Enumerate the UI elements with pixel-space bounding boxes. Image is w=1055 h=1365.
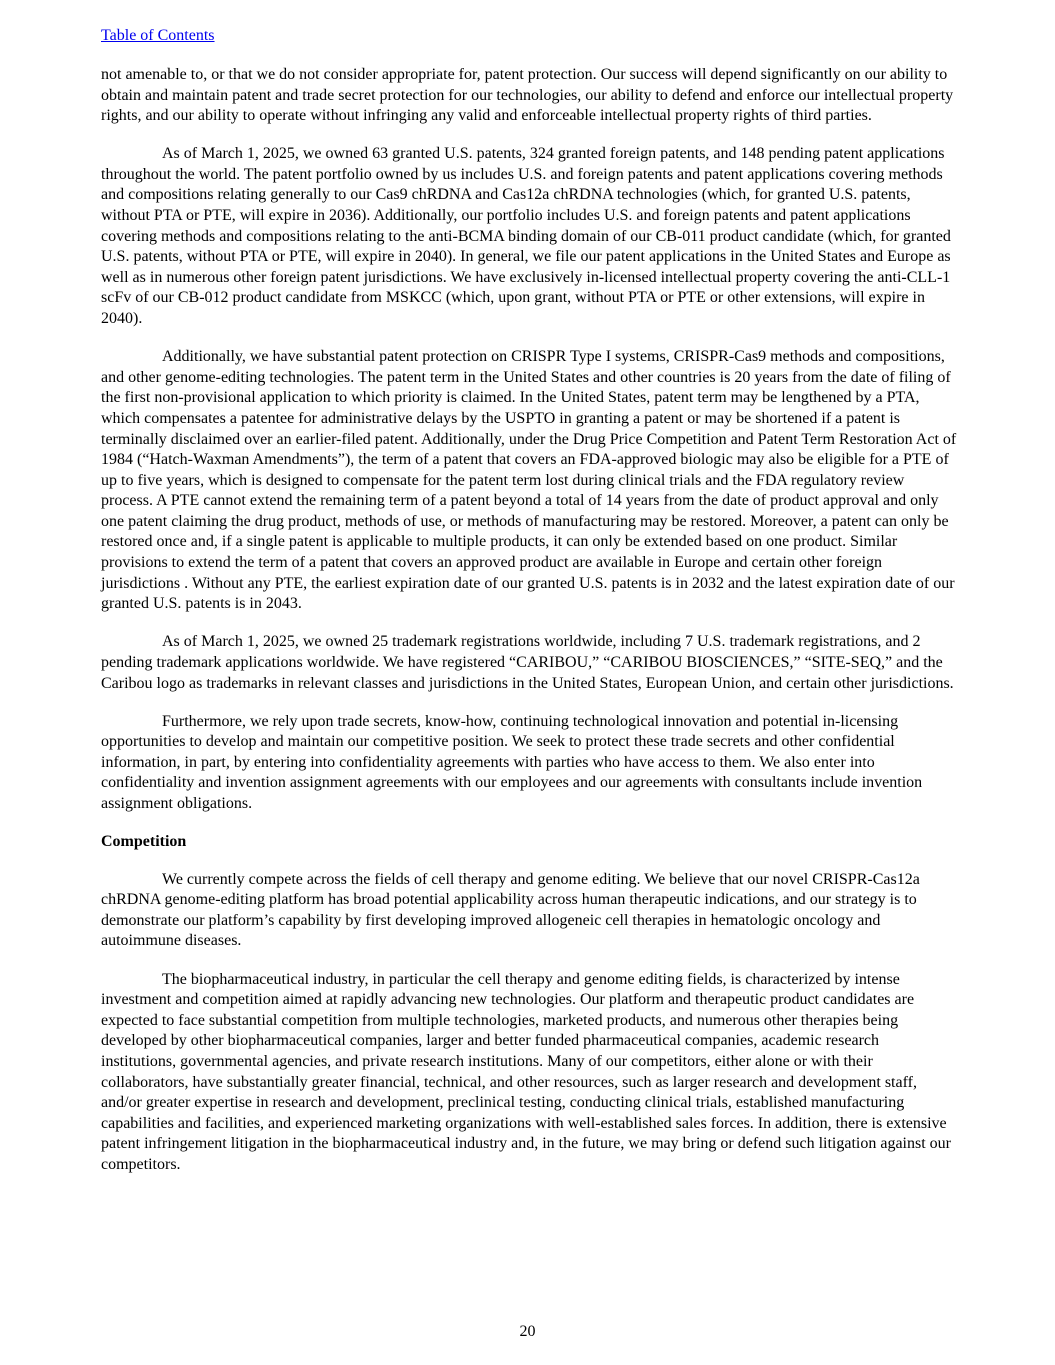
paragraph-patent-portfolio: As of March 1, 2025, we owned 63 granted… bbox=[101, 144, 957, 329]
paragraph-patent-term: Additionally, we have substantial patent… bbox=[101, 347, 957, 615]
paragraph-trademarks: As of March 1, 2025, we owned 25 tradema… bbox=[101, 632, 957, 694]
section-heading-competition: Competition bbox=[101, 832, 957, 853]
paragraph-competition-industry: The biopharmaceutical industry, in parti… bbox=[101, 970, 957, 1176]
paragraph-competition-fields: We currently compete across the fields o… bbox=[101, 870, 957, 952]
paragraph-trade-secrets: Furthermore, we rely upon trade secrets,… bbox=[101, 712, 957, 815]
document-body: not amenable to, or that we do not consi… bbox=[101, 65, 957, 1176]
paragraph-ip-intro: not amenable to, or that we do not consi… bbox=[101, 65, 957, 127]
page-number: 20 bbox=[0, 1322, 1055, 1342]
document-page: Table of Contents not amenable to, or th… bbox=[101, 26, 957, 1193]
table-of-contents-link[interactable]: Table of Contents bbox=[101, 26, 215, 46]
